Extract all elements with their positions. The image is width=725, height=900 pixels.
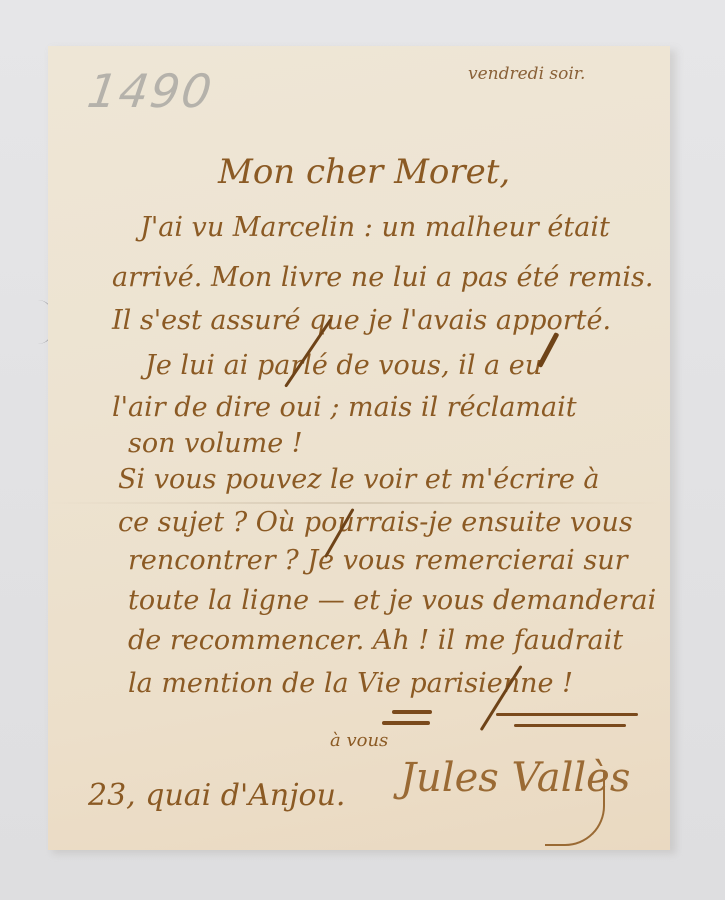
- body-line: son volume !: [128, 428, 303, 459]
- salutation: Mon cher Moret,: [218, 152, 510, 192]
- archive-number: 1490: [84, 64, 217, 118]
- body-line: la mention de la Vie parisienne !: [128, 668, 573, 699]
- title-underline: [382, 721, 430, 725]
- title-underline: [392, 710, 432, 714]
- address: 23, quai d'Anjou.: [88, 778, 345, 813]
- body-line: toute la ligne — et je vous demanderai: [128, 585, 656, 616]
- body-line: rencontrer ? Je vous remercierai sur: [128, 545, 628, 576]
- body-line: ce sujet ? Où pourrais-je ensuite vous: [118, 507, 633, 538]
- body-line: l'air de dire oui ; mais il réclamait: [112, 392, 577, 423]
- date-note: vendredi soir.: [468, 64, 585, 84]
- body-line: J'ai vu Marcelin : un malheur était: [140, 212, 610, 243]
- closing: à vous: [330, 730, 388, 751]
- title-underline: [496, 713, 638, 716]
- fold-crease: [48, 502, 670, 504]
- body-line: de recommencer. Ah ! il me faudrait: [128, 625, 623, 656]
- body-line: Je lui ai parlé de vous, il a eu: [145, 350, 542, 381]
- body-line: arrivé. Mon livre ne lui a pas été remis…: [112, 262, 653, 293]
- title-underline: [514, 724, 626, 727]
- body-line: Il s'est assuré que je l'avais apporté.: [112, 305, 611, 336]
- body-line: Si vous pouvez le voir et m'écrire à: [118, 464, 600, 495]
